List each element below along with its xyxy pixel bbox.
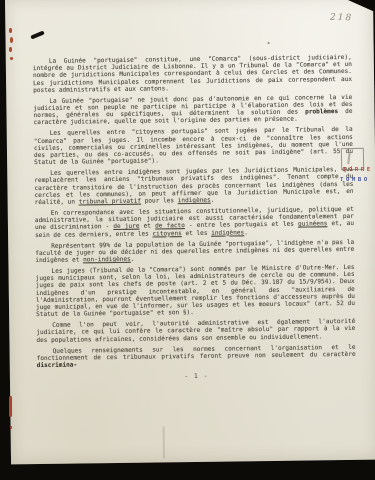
- typed-text: La Guinée "portugaise" constitue, une "C…: [33, 54, 356, 373]
- underlined-text: tribunal privatif: [79, 198, 141, 206]
- underlined-text: indigènes: [211, 229, 244, 236]
- corner-fold: [348, 0, 375, 12]
- underlined-text: de jure: [113, 223, 139, 230]
- paragraph: La Guinée "portugaise" ne jouit donc pas…: [33, 94, 352, 127]
- text-segment: Les juges (Tribunal de la "Comarca") son…: [36, 264, 355, 318]
- archive-stamp-tombo: TOMBO: [340, 177, 370, 183]
- paragraph: Comme l'on peut voir, l'autorité adminis…: [36, 318, 355, 344]
- text-segment: et les: [182, 229, 211, 236]
- text-segment: Comme l'on peut voir, l'autorité adminis…: [36, 318, 355, 344]
- pen-mark: [30, 30, 44, 39]
- red-margin-streak: [9, 396, 12, 417]
- underlined-text: non-indigènes: [83, 256, 131, 264]
- archive-stamp-torre: TORRE: [343, 167, 373, 173]
- emphasized-text: problèmes: [305, 108, 338, 115]
- paragraph: Représentant 99% de la population de la …: [35, 239, 354, 265]
- paragraph: Les juges (Tribunal de la "Comarca") son…: [35, 264, 355, 319]
- paragraph: Quelques renseignements sur les normes c…: [37, 344, 356, 370]
- paragraph: Les querelles entre indigènes sont jugée…: [34, 166, 353, 206]
- page-number: - 1 -: [37, 371, 356, 382]
- underlined-text: citoyens: [152, 230, 181, 237]
- underlined-text: guinéens: [298, 221, 327, 228]
- text-segment: .: [244, 229, 248, 236]
- folio-number: 218: [330, 13, 354, 24]
- text-segment: .: [211, 197, 215, 204]
- paragraph: Les querelles entre "citoyens portugais"…: [34, 126, 353, 166]
- paper-sheet: La Guinée "portugaise" constitue, une "C…: [5, 0, 375, 464]
- text-segment: pour les: [141, 197, 178, 204]
- paragraph: En correspondance avec les situations co…: [35, 206, 354, 239]
- pencil-tick: [347, 152, 350, 164]
- scan-edge-shadow: [0, 466, 375, 480]
- text-segment: Les querelles entre "citoyens portugais"…: [34, 126, 353, 166]
- text-segment: Quelques renseignements sur les normes c…: [37, 344, 356, 362]
- scanned-page-background: La Guinée "portugaise" constitue, une "C…: [0, 0, 375, 480]
- underlined-text: indigènes: [178, 197, 211, 204]
- emphasized-text: discrimina-: [37, 362, 77, 370]
- text-segment: .: [131, 256, 135, 263]
- paper-crease: [163, 426, 165, 458]
- text-segment: La Guinée "portugaise" constitue, une "C…: [33, 54, 352, 94]
- paragraph: La Guinée "portugaise" constitue, une "C…: [33, 54, 352, 94]
- text-segment: et: [139, 223, 155, 230]
- ink-speck: [268, 42, 270, 44]
